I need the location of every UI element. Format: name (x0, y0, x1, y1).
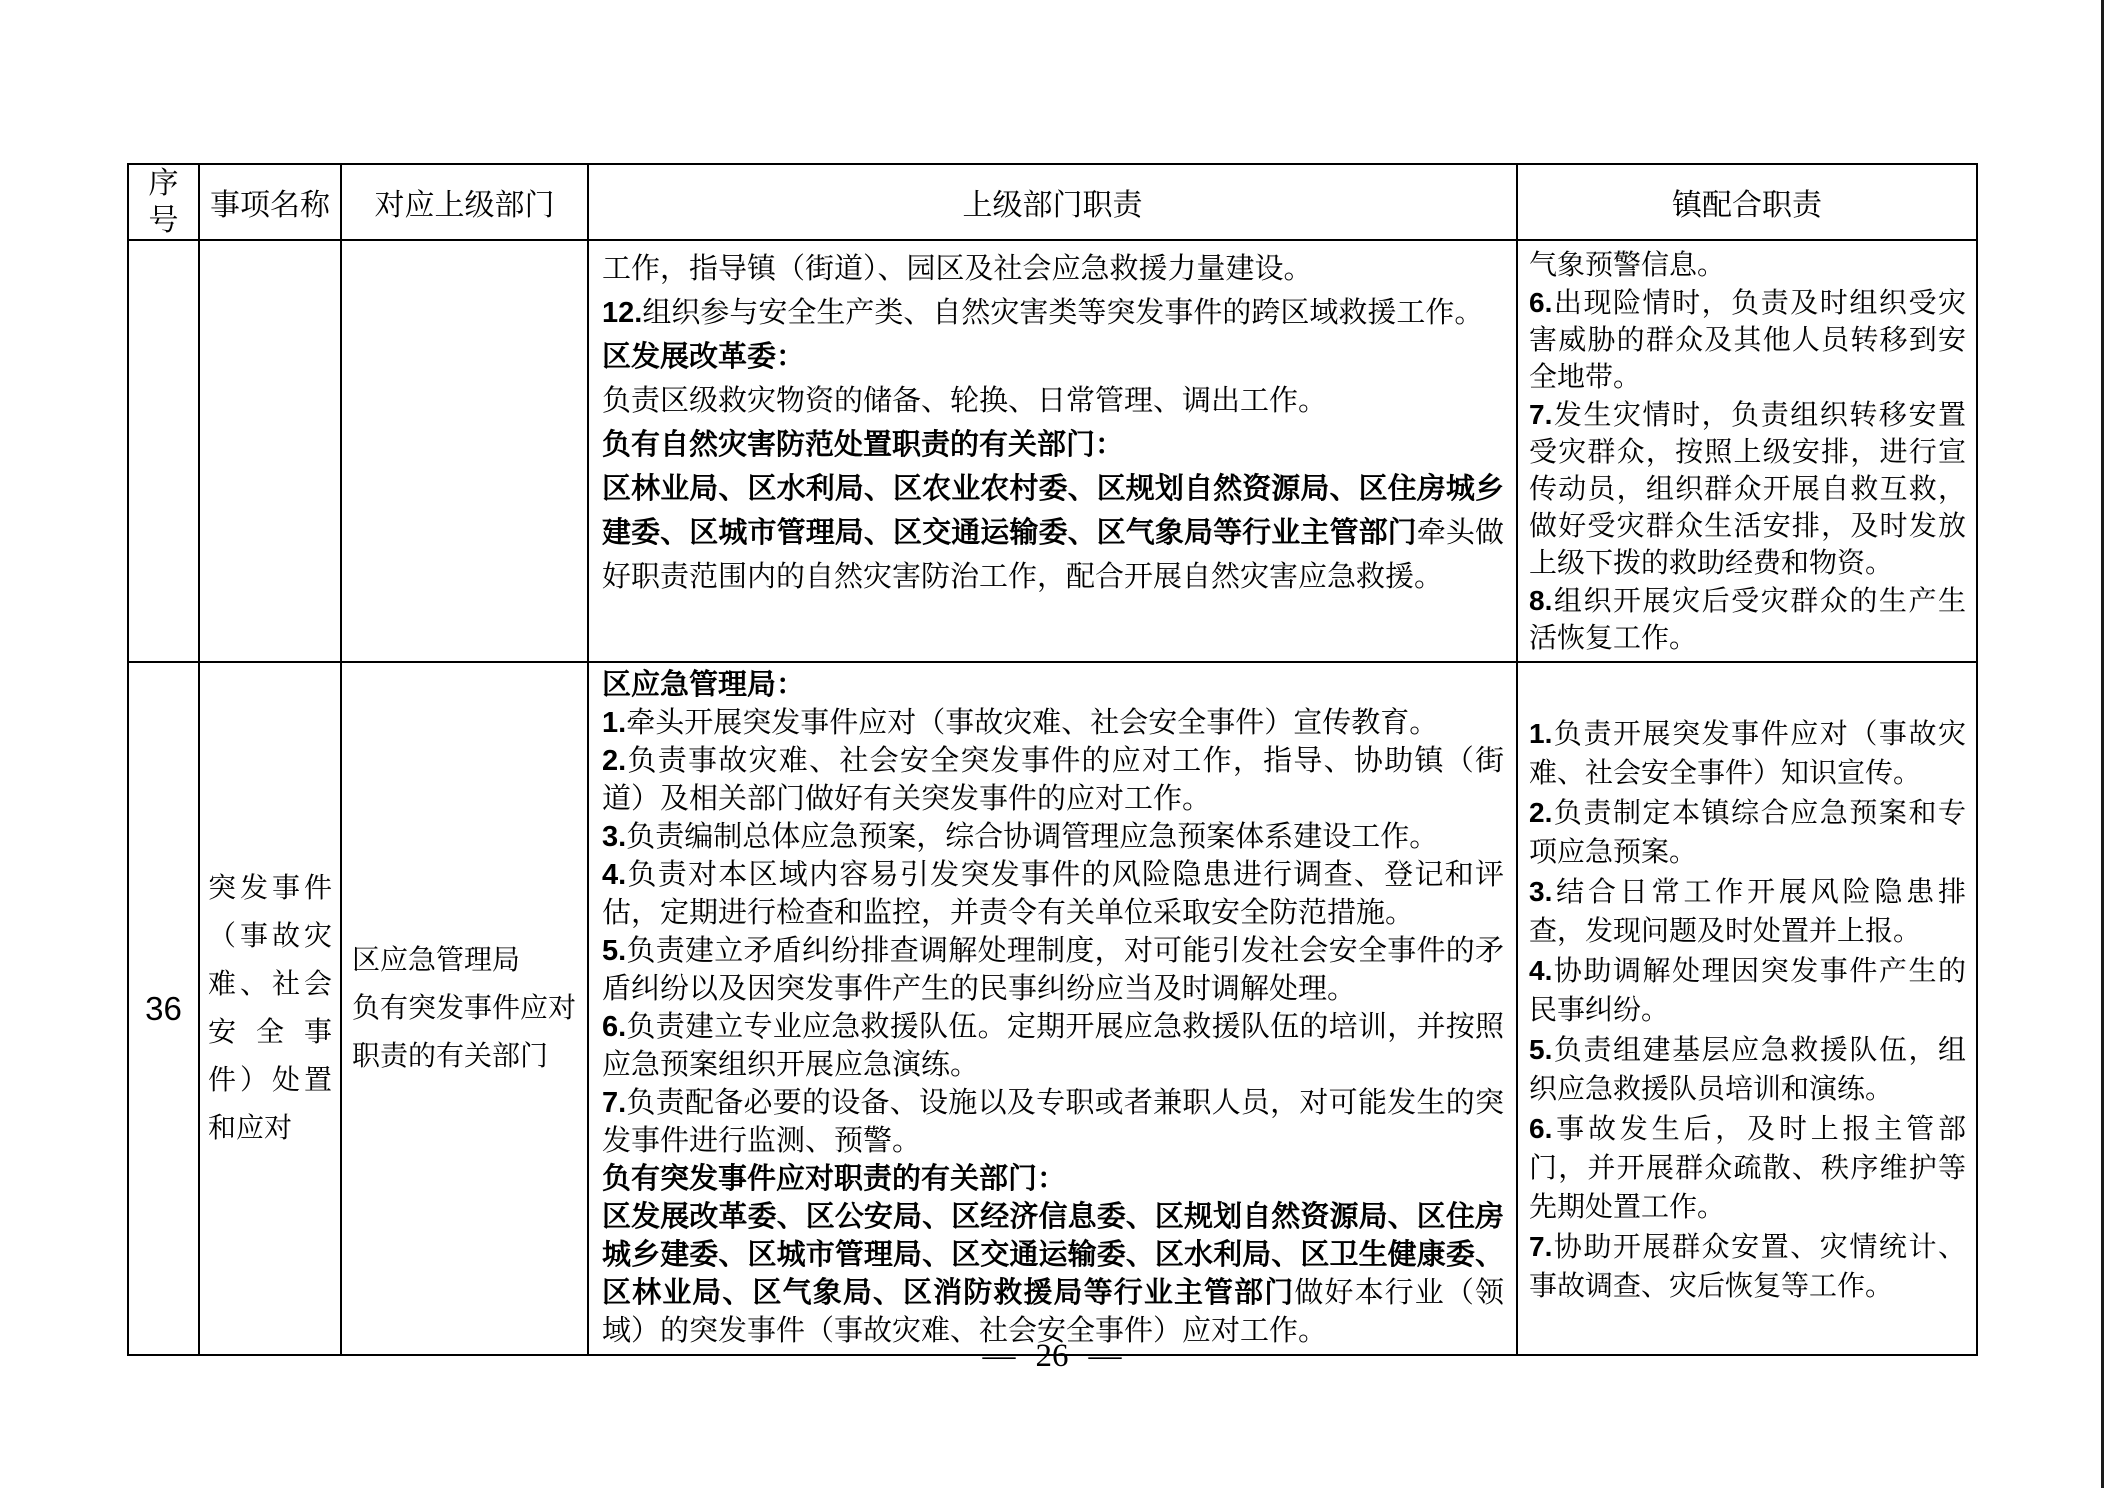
duty-paragraph: 6.事故发生后，及时上报主管部门，并开展群众疏散、秩序维护等先期处置工作。 (1529, 1109, 1966, 1227)
duty-paragraph: 工作，指导镇（街道）、园区及社会应急救援力量建设。 (602, 247, 1504, 291)
col-header-seq-label: 序号 (147, 165, 181, 239)
page-number: 26 (1036, 1338, 1069, 1374)
duty-paragraph: 5.负责建立矛盾纠纷排查调解处理制度，对可能引发社会安全事件的矛盾纠纷以及因突发… (602, 932, 1504, 1008)
bold-text-run: 7. (1529, 399, 1552, 430)
bold-text-run: 区林业局、区水利局、区农业农村委、区规划自然资源局、区住房城乡建委、区城市管理局… (602, 473, 1504, 549)
duty-paragraph: 8.组织开展灾后受灾群众的生产生活恢复工作。 (1529, 582, 1966, 657)
bold-text-run: 6. (1529, 1113, 1552, 1144)
bold-text-run: 区应急管理局： (602, 669, 805, 701)
duty-paragraph: 6.负责建立专业应急救援队伍。定期开展应急救援队伍的培训，并按照应急预案组织开展… (602, 1008, 1504, 1084)
text-run: 负责编制总体应急预案，综合协调管理应急预案体系建设工作。 (626, 821, 1438, 853)
department-line: 区应急管理局 (352, 937, 577, 985)
text-run: 负责建立专业应急救援队伍。定期开展应急救援队伍的培训，并按照应急预案组织开展应急… (602, 1011, 1504, 1081)
bold-text-run: 5. (602, 935, 626, 967)
bold-text-run: 8. (1529, 585, 1552, 616)
text-run: 负责组建基层应急救援队伍，组织应急救援队员培训和演练。 (1529, 1035, 1966, 1105)
duty-paragraph: 负有自然灾害防范处置职责的有关部门： (602, 423, 1504, 467)
superior-department-cell: 区应急管理局负有突发事件应对职责的有关部门 (341, 662, 588, 1355)
header-row: 序号 事项名称 对应上级部门 上级部门职责 镇配合职责 (128, 164, 1977, 240)
bold-text-run: 3. (1529, 876, 1552, 907)
duty-paragraph: 负有突发事件应对职责的有关部门： (602, 1160, 1504, 1198)
duty-paragraph: 1.负责开展突发事件应对（事故灾难、社会安全事件）知识宣传。 (1529, 714, 1966, 793)
town-duties-cell: 气象预警信息。6.出现险情时，负责及时组织受灾害威胁的群众及其他人员转移到安全地… (1517, 240, 1977, 662)
seq-cell (128, 240, 199, 662)
text-run: 负责制定本镇综合应急预案和专项应急预案。 (1529, 798, 1966, 868)
duty-paragraph: 7.协助开展群众安置、灾情统计、事故调查、灾后恢复等工作。 (1529, 1227, 1966, 1306)
duty-paragraph: 7.发生灾情时，负责组织转移安置受灾群众，按照上级安排，进行宣传动员，组织群众开… (1529, 396, 1966, 582)
text-run: 负责事故灾难、社会安全突发事件的应对工作，指导、协助镇（街道）及相关部门做好有关… (602, 745, 1504, 815)
duty-paragraph: 气象预警信息。 (1529, 247, 1966, 284)
table-row: 工作，指导镇（街道）、园区及社会应急救援力量建设。12.组织参与安全生产类、自然… (128, 240, 1977, 662)
superior-duties-cell: 工作，指导镇（街道）、园区及社会应急救援力量建设。12.组织参与安全生产类、自然… (588, 240, 1517, 662)
col-header-seq: 序号 (128, 164, 199, 240)
duty-paragraph: 区林业局、区水利局、区农业农村委、区规划自然资源局、区住房城乡建委、区城市管理局… (602, 467, 1504, 599)
text-run: 结合日常工作开展风险隐患排查，发现问题及时处置并上报。 (1529, 877, 1966, 947)
bold-text-run: 1. (602, 707, 626, 739)
text-run: 组织参与安全生产类、自然灾害类等突发事件的跨区域救援工作。 (642, 297, 1483, 329)
text-run: 负责建立矛盾纠纷排查调解处理制度，对可能引发社会安全事件的矛盾纠纷以及因突发事件… (602, 935, 1504, 1005)
text-run: 气象预警信息。 (1529, 250, 1725, 281)
text-run: 事故发生后，及时上报主管部门，并开展群众疏散、秩序维护等先期处置工作。 (1529, 1114, 1966, 1223)
bold-text-run: 7. (602, 1087, 626, 1119)
bold-text-run: 6. (602, 1011, 626, 1043)
duty-paragraph: 3.结合日常工作开展风险隐患排查，发现问题及时处置并上报。 (1529, 872, 1966, 951)
duty-paragraph: 12.组织参与安全生产类、自然灾害类等突发事件的跨区域救援工作。 (602, 291, 1504, 335)
text-run: 组织开展灾后受灾群众的生产生活恢复工作。 (1529, 586, 1966, 654)
bold-text-run: 1. (1529, 718, 1552, 749)
table-row: 36 突发事件（事故灾难、社会安全事件）处置和应对 区应急管理局负有突发事件应对… (128, 662, 1977, 1355)
bold-text-run: 12. (602, 297, 642, 329)
col-header-superior-department: 对应上级部门 (341, 164, 588, 240)
duty-paragraph: 区发展改革委、区公安局、区经济信息委、区规划自然资源局、区住房城乡建委、区城市管… (602, 1198, 1504, 1350)
seq-cell: 36 (128, 662, 199, 1355)
text-run: 负责对本区域内容易引发突发事件的风险隐患进行调查、登记和评估，定期进行检查和监控… (602, 859, 1504, 929)
text-run: 负责配备必要的设备、设施以及专职或者兼职人员，对可能发生的突发事件进行监测、预警… (602, 1087, 1504, 1157)
text-run: 牵头开展突发事件应对（事故灾难、社会安全事件）宣传教育。 (626, 707, 1438, 739)
bold-text-run: 5. (1529, 1034, 1552, 1065)
text-run: 负责开展突发事件应对（事故灾难、社会安全事件）知识宣传。 (1529, 719, 1966, 789)
col-header-superior-duties: 上级部门职责 (588, 164, 1517, 240)
duty-paragraph: 6.出现险情时，负责及时组织受灾害威胁的群众及其他人员转移到安全地带。 (1529, 284, 1966, 396)
bold-text-run: 3. (602, 821, 626, 853)
bold-text-run: 负有突发事件应对职责的有关部门： (602, 1163, 1066, 1195)
page-footer: —26— (0, 1338, 2104, 1375)
superior-department-cell (341, 240, 588, 662)
footer-dash-right: — (1089, 1338, 1122, 1374)
duty-paragraph: 3.负责编制总体应急预案，综合协调管理应急预案体系建设工作。 (602, 818, 1504, 856)
duty-paragraph: 4.负责对本区域内容易引发突发事件的风险隐患进行调查、登记和评估，定期进行检查和… (602, 856, 1504, 932)
duty-paragraph: 负责区级救灾物资的储备、轮换、日常管理、调出工作。 (602, 379, 1504, 423)
department-line: 负有突发事件应对职责的有关部门 (352, 985, 577, 1081)
duty-paragraph: 4.协助调解处理因突发事件产生的民事纠纷。 (1529, 951, 1966, 1030)
bold-text-run: 区发展改革委： (602, 341, 805, 373)
text-run: 负责区级救灾物资的储备、轮换、日常管理、调出工作。 (602, 385, 1327, 417)
item-name-cell (199, 240, 341, 662)
bold-text-run: 2. (1529, 797, 1552, 828)
footer-dash-left: — (983, 1338, 1016, 1374)
duty-paragraph: 2.负责制定本镇综合应急预案和专项应急预案。 (1529, 793, 1966, 872)
bold-text-run: 负有自然灾害防范处置职责的有关部门： (602, 429, 1124, 461)
text-run: 工作，指导镇（街道）、园区及社会应急救援力量建设。 (602, 253, 1313, 285)
item-name-cell: 突发事件（事故灾难、社会安全事件）处置和应对 (199, 662, 341, 1355)
text-run: 协助开展群众安置、灾情统计、事故调查、灾后恢复等工作。 (1529, 1232, 1966, 1302)
duty-paragraph: 5.负责组建基层应急救援队伍，组织应急救援队员培训和演练。 (1529, 1030, 1966, 1109)
text-run: 出现险情时，负责及时组织受灾害威胁的群众及其他人员转移到安全地带。 (1529, 288, 1966, 393)
superior-duties-cell: 区应急管理局：1.牵头开展突发事件应对（事故灾难、社会安全事件）宣传教育。2.负… (588, 662, 1517, 1355)
bold-text-run: 4. (1529, 955, 1552, 986)
bold-text-run: 6. (1529, 287, 1552, 318)
document-page: 序号 事项名称 对应上级部门 上级部门职责 镇配合职责 工作，指导镇（街道）、园… (0, 0, 2104, 1488)
town-duties-cell: 1.负责开展突发事件应对（事故灾难、社会安全事件）知识宣传。2.负责制定本镇综合… (1517, 662, 1977, 1355)
bold-text-run: 7. (1529, 1231, 1552, 1262)
duties-table: 序号 事项名称 对应上级部门 上级部门职责 镇配合职责 工作，指导镇（街道）、园… (127, 163, 1978, 1356)
duty-paragraph: 2.负责事故灾难、社会安全突发事件的应对工作，指导、协助镇（街道）及相关部门做好… (602, 742, 1504, 818)
col-header-town-duties: 镇配合职责 (1517, 164, 1977, 240)
duty-paragraph: 区发展改革委： (602, 335, 1504, 379)
text-run: 发生灾情时，负责组织转移安置受灾群众，按照上级安排，进行宣传动员，组织群众开展自… (1529, 400, 1966, 579)
col-header-item-name: 事项名称 (199, 164, 341, 240)
duty-paragraph: 7.负责配备必要的设备、设施以及专职或者兼职人员，对可能发生的突发事件进行监测、… (602, 1084, 1504, 1160)
duty-paragraph: 1.牵头开展突发事件应对（事故灾难、社会安全事件）宣传教育。 (602, 704, 1504, 742)
text-run: 协助调解处理因突发事件产生的民事纠纷。 (1529, 956, 1966, 1026)
bold-text-run: 2. (602, 745, 626, 777)
bold-text-run: 4. (602, 859, 626, 891)
duty-paragraph: 区应急管理局： (602, 666, 1504, 704)
